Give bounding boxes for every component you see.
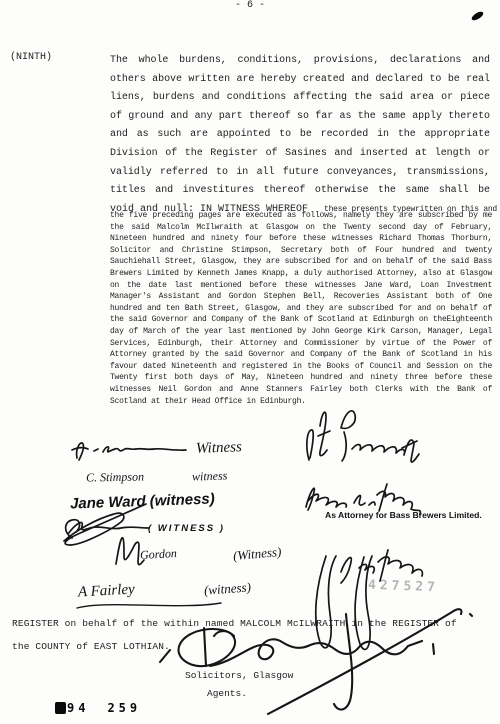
agents-label: Agents. xyxy=(207,688,247,699)
clause-line: validly referred to in all future convey… xyxy=(110,164,490,183)
mcilwraith-signature xyxy=(295,398,425,478)
mid-witness-label: (Witness) xyxy=(232,544,282,564)
dense-line: the said Governor and Company of the Ban… xyxy=(110,314,492,326)
dense-line: Attorney granted by the said Governor an… xyxy=(110,349,492,361)
dense-line: Sauchiehall Street, Glasgow, they are su… xyxy=(110,256,492,268)
stamp-group-1: 94 xyxy=(67,701,89,715)
bell-witness-label: ( WITNESS ) xyxy=(148,523,225,534)
solicitors-label: Solicitors, Glasgow xyxy=(185,670,293,681)
stimpson-signature: C. Stimpson xyxy=(86,469,144,485)
dense-line: the said Malcolm McIlwraith at Glasgow o… xyxy=(110,222,492,234)
clause-line: Division of the Register of Sasines and … xyxy=(110,145,490,164)
clause-line: The whole burdens, conditions, provision… xyxy=(110,52,490,71)
clause-line: of ground and any part thereof so far as… xyxy=(110,108,490,127)
dense-line: day of March of the year last mentioned … xyxy=(110,326,492,338)
dense-line: Solicitor and Christine Stimpson, Secret… xyxy=(110,245,492,257)
clause-line: titles and investitures thereof otherwis… xyxy=(110,182,490,201)
stimpson-witness-label: witness xyxy=(192,468,228,484)
clause-line: others above written are hereby created … xyxy=(110,71,490,90)
gordon-signature-name: Gordon xyxy=(140,546,178,563)
dense-line: Services, Edinburgh, their Attorney and … xyxy=(110,338,492,350)
ink-blot-icon xyxy=(470,10,484,22)
thorburn-witness-label: Witness xyxy=(196,439,242,458)
stamp-blob-icon xyxy=(55,702,66,714)
dense-line: Nineteen hundred and ninety four before … xyxy=(110,233,492,245)
testing-clause: the five preceding pages are executed as… xyxy=(110,210,492,407)
dense-line: favour dated Nineteenth and registered i… xyxy=(110,361,492,373)
stamp-group-2: 259 xyxy=(107,701,141,715)
dense-line: witnesses Neil Gordon and Anne Stanners … xyxy=(110,384,492,396)
clause-line: liens, burdens and conditions affecting … xyxy=(110,89,490,108)
clause-line: and as such are appointed to be recorded… xyxy=(110,126,490,145)
knapp-attorney-caption: As Attorney for Bass Brewers Limited. xyxy=(325,510,482,520)
dense-line: Brewers Limited by Kenneth James Knapp, … xyxy=(110,268,492,280)
clause-label: (NINTH) xyxy=(10,52,52,63)
register-line-2: the COUNTY of EAST LOTHIAN. xyxy=(12,641,170,652)
dense-line: Twenty first both days of May, Nineteen … xyxy=(110,372,492,384)
dense-line: the five preceding pages are executed as… xyxy=(110,210,492,222)
scanned-deed-page: - 6 - (NINTH) The whole burdens, conditi… xyxy=(0,0,500,724)
register-number-stamp: 94 259 xyxy=(55,701,141,715)
clause-body: The whole burdens, conditions, provision… xyxy=(110,52,490,219)
solicitors-signature xyxy=(150,592,495,722)
dense-line: hundred and ten Bath Street, Glasgow, an… xyxy=(110,303,492,315)
dense-line: Manager's Assistant and Gordon Stephen B… xyxy=(110,291,492,303)
page-number: - 6 - xyxy=(0,0,500,11)
dense-line: on the date last mentioned before these … xyxy=(110,280,492,292)
thorburn-signature xyxy=(70,438,190,464)
